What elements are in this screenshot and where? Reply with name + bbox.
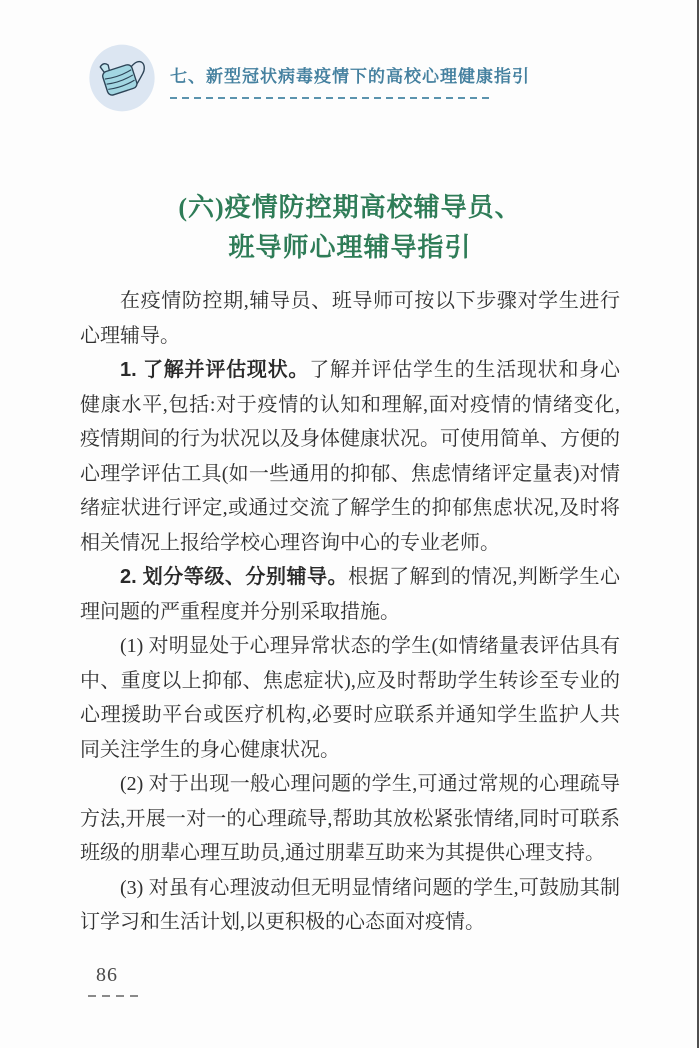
page-edge-line: [697, 0, 699, 1048]
paragraph-text: 在疫情防控期,辅导员、班导师可按以下步骤对学生进行心理辅导。: [80, 290, 620, 347]
body-text: 在疫情防控期,辅导员、班导师可按以下步骤对学生进行心理辅导。 1. 了解并评估现…: [80, 284, 620, 940]
body-paragraph: 1. 了解并评估现状。了解并评估学生的生活现状和身心健康水平,包括:对于疫情的认…: [80, 353, 620, 560]
face-mask-icon: [88, 42, 156, 114]
section-title-line2: 班导师心理辅导指引: [228, 233, 471, 262]
body-paragraph: 在疫情防控期,辅导员、班导师可按以下步骤对学生进行心理辅导。: [80, 284, 620, 353]
chapter-title: 七、新型冠状病毒疫情下的高校心理健康指引: [170, 62, 530, 87]
chapter-header: 七、新型冠状病毒疫情下的高校心理健康指引: [88, 42, 530, 114]
header-dashed-line: [170, 97, 492, 99]
paragraph-text: 了解并评估学生的生活现状和身心健康水平,包括:对于疫情的认知和理解,面对疫情的情…: [80, 359, 620, 554]
paragraph-lead: 1. 了解并评估现状。: [120, 359, 309, 381]
chapter-header-text: 七、新型冠状病毒疫情下的高校心理健康指引: [170, 58, 530, 99]
paragraph-lead: 2. 划分等级、分别辅导。: [120, 566, 348, 588]
body-paragraph: (3) 对虽有心理波动但无明显情绪问题的学生,可鼓励其制订学习和生活计划,以更积…: [80, 871, 620, 940]
section-title-line1: (六)疫情防控期高校辅导员、: [178, 193, 521, 222]
paragraph-text: (3) 对虽有心理波动但无明显情绪问题的学生,可鼓励其制订学习和生活计划,以更积…: [80, 877, 620, 934]
page-number: 86: [88, 964, 140, 987]
page-footer: 86: [88, 964, 140, 997]
paragraph-text: (1) 对明显处于心理异常状态的学生(如情绪量表评估具有中、重度以上抑郁、焦虑症…: [80, 635, 620, 761]
body-paragraph: 2. 划分等级、分别辅导。根据了解到的情况,判断学生心理问题的严重程度并分别采取…: [80, 560, 620, 629]
paragraph-text: (2) 对于出现一般心理问题的学生,可通过常规的心理疏导方法,开展一对一的心理疏…: [80, 773, 620, 864]
footer-dashed-line: [88, 995, 140, 997]
section-title: (六)疫情防控期高校辅导员、 班导师心理辅导指引: [80, 188, 620, 268]
book-page: 七、新型冠状病毒疫情下的高校心理健康指引 (六)疫情防控期高校辅导员、 班导师心…: [0, 0, 700, 1048]
body-paragraph: (2) 对于出现一般心理问题的学生,可通过常规的心理疏导方法,开展一对一的心理疏…: [80, 767, 620, 871]
body-paragraph: (1) 对明显处于心理异常状态的学生(如情绪量表评估具有中、重度以上抑郁、焦虑症…: [80, 629, 620, 767]
